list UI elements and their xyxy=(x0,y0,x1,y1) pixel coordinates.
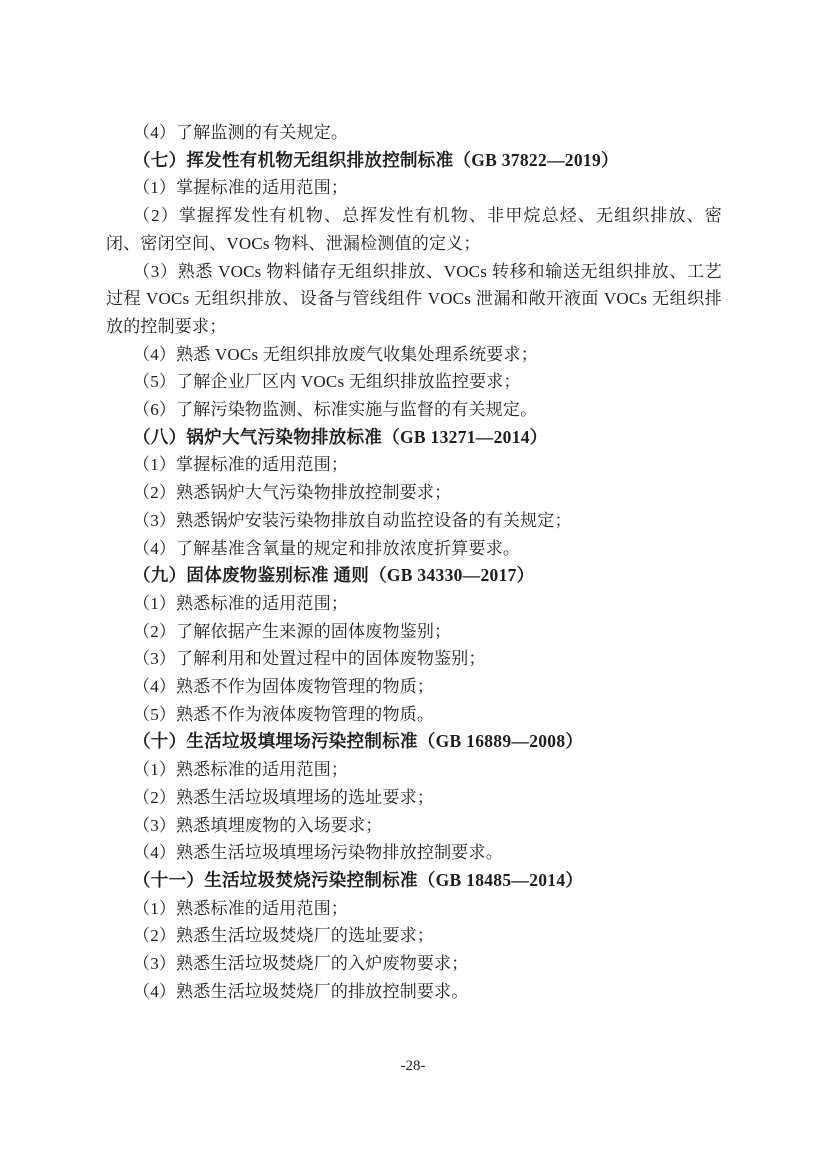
section-heading: （七）挥发性有机物无组织排放控制标准（GB 37822—2019） xyxy=(106,147,722,175)
list-item: （2）掌握挥发性有机物、总挥发性有机物、非甲烷总烃、无组织排放、密闭、密闭空间、… xyxy=(106,202,722,257)
list-item: （6）了解污染物监测、标准实施与监督的有关规定。 xyxy=(106,396,722,424)
page-number: -28- xyxy=(0,1058,826,1075)
section-heading: （八）锅炉大气污染物排放标准（GB 13271—2014） xyxy=(106,424,722,452)
section-heading: （九）固体废物鉴别标准 通则（GB 34330—2017） xyxy=(106,562,722,590)
list-item: （2）熟悉锅炉大气污染物排放控制要求； xyxy=(106,479,722,507)
list-item: （2）熟悉生活垃圾焚烧厂的选址要求； xyxy=(106,922,722,950)
list-item: （4）熟悉生活垃圾填埋场污染物排放控制要求。 xyxy=(106,839,722,867)
section-heading: （十一）生活垃圾焚烧污染控制标准（GB 18485—2014） xyxy=(106,867,722,895)
list-item: （2）熟悉生活垃圾填埋场的选址要求； xyxy=(106,784,722,812)
list-item: （1）熟悉标准的适用范围； xyxy=(106,590,722,618)
list-item: （3）熟悉 VOCs 物料储存无组织排放、VOCs 转移和输送无组织排放、工艺过… xyxy=(106,258,722,341)
list-item: （5）了解企业厂区内 VOCs 无组织排放监控要求； xyxy=(106,368,722,396)
list-item: （4）熟悉 VOCs 无组织排放废气收集处理系统要求； xyxy=(106,341,722,369)
document-page: （4）了解监测的有关规定。 （七）挥发性有机物无组织排放控制标准（GB 3782… xyxy=(0,0,826,1169)
list-item: （3）了解利用和处置过程中的固体废物鉴别； xyxy=(106,645,722,673)
list-item: （2）了解依据产生来源的固体废物鉴别； xyxy=(106,618,722,646)
list-item: （3）熟悉填埋废物的入场要求； xyxy=(106,812,722,840)
list-item: （4）熟悉不作为固体废物管理的物质； xyxy=(106,673,722,701)
list-item: （4）熟悉生活垃圾焚烧厂的排放控制要求。 xyxy=(106,978,722,1006)
list-item: （1）熟悉标准的适用范围； xyxy=(106,756,722,784)
list-item: （4）了解基准含氧量的规定和排放浓度折算要求。 xyxy=(106,535,722,563)
section-heading: （十）生活垃圾填埋场污染控制标准（GB 16889—2008） xyxy=(106,728,722,756)
list-item: （4）了解监测的有关规定。 xyxy=(106,119,722,147)
list-item: （1）掌握标准的适用范围； xyxy=(106,451,722,479)
list-item: （3）熟悉生活垃圾焚烧厂的入炉废物要求； xyxy=(106,950,722,978)
list-item: （3）熟悉锅炉安装污染物排放自动监控设备的有关规定； xyxy=(106,507,722,535)
list-item: （1）熟悉标准的适用范围； xyxy=(106,895,722,923)
list-item: （1）掌握标准的适用范围； xyxy=(106,174,722,202)
list-item: （5）熟悉不作为液体废物管理的物质。 xyxy=(106,701,722,729)
